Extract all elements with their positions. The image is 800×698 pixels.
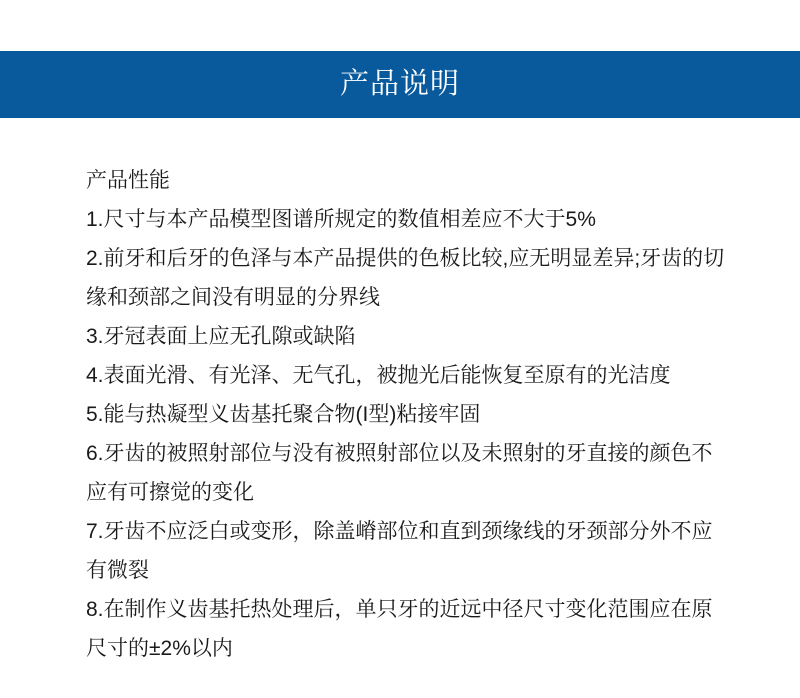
section-header-bar: 产品说明 (0, 51, 800, 118)
spec-item: 3.牙冠表面上应无孔隙或缺陷 (86, 317, 731, 356)
spec-item: 5.能与热凝型义齿基托聚合物(I型)粘接牢固 (86, 395, 731, 434)
spec-item: 2.前牙和后牙的色泽与本产品提供的色板比较,应无明显差异;牙齿的切缘和颈部之间没… (86, 239, 731, 317)
spec-item: 8.在制作义齿基托热处理后，单只牙的近远中径尺寸变化范围应在原尺寸的±2%以内 (86, 590, 731, 668)
section-title: 产品性能 (86, 161, 731, 200)
spec-item: 4.表面光滑、有光泽、无气孔，被抛光后能恢复至原有的光洁度 (86, 356, 731, 395)
spec-item: 6.牙齿的被照射部位与没有被照射部位以及未照射的牙直接的颜色不应有可擦觉的变化 (86, 434, 731, 512)
product-description-page: 产品说明 产品性能 1.尺寸与本产品模型图谱所规定的数值相差应不大于5% 2.前… (0, 0, 800, 698)
spec-item: 7.牙齿不应泛白或变形，除盖嵴部位和直到颈缘线的牙颈部分外不应有微裂 (86, 512, 731, 590)
page-title: 产品说明 (340, 70, 460, 99)
spec-item: 1.尺寸与本产品模型图谱所规定的数值相差应不大于5% (86, 200, 731, 239)
product-specs-content: 产品性能 1.尺寸与本产品模型图谱所规定的数值相差应不大于5% 2.前牙和后牙的… (86, 161, 731, 668)
